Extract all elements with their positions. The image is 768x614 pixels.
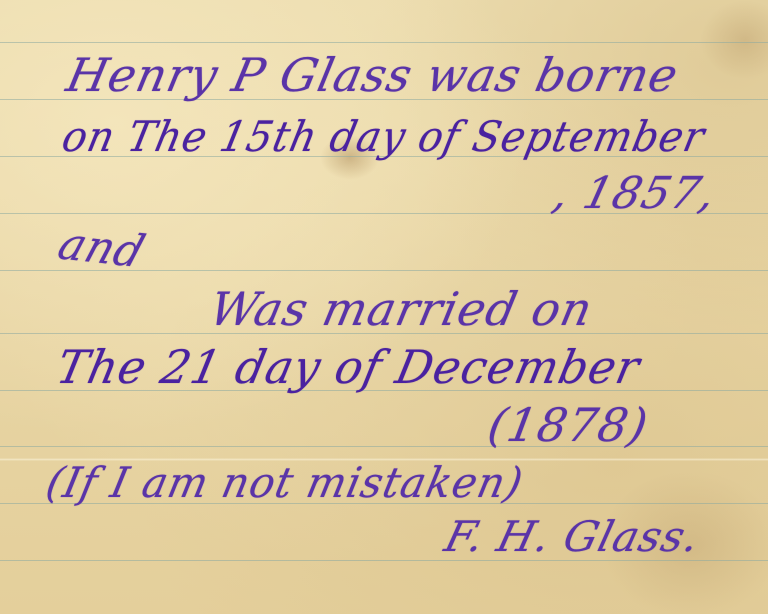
handwritten-line-8: (If I am not mistaken) <box>42 458 528 507</box>
signature: F. H. Glass. <box>440 512 705 561</box>
paper-sheet: Henry P Glass was borne on The 15th day … <box>0 0 768 614</box>
handwritten-line-3: , 1857, <box>548 168 722 219</box>
ruled-line <box>0 446 768 447</box>
handwritten-line-5: Was married on <box>205 282 598 336</box>
ruled-line <box>0 42 768 43</box>
handwritten-line-4: and <box>52 218 151 278</box>
handwritten-line-1: Henry P Glass was borne <box>62 48 683 102</box>
paper-stain <box>700 0 768 80</box>
handwritten-line-2: on The 15th day of September <box>58 112 709 161</box>
handwritten-line-6: The 21 day of December <box>52 340 645 394</box>
handwritten-line-7: (1878) <box>484 398 652 452</box>
